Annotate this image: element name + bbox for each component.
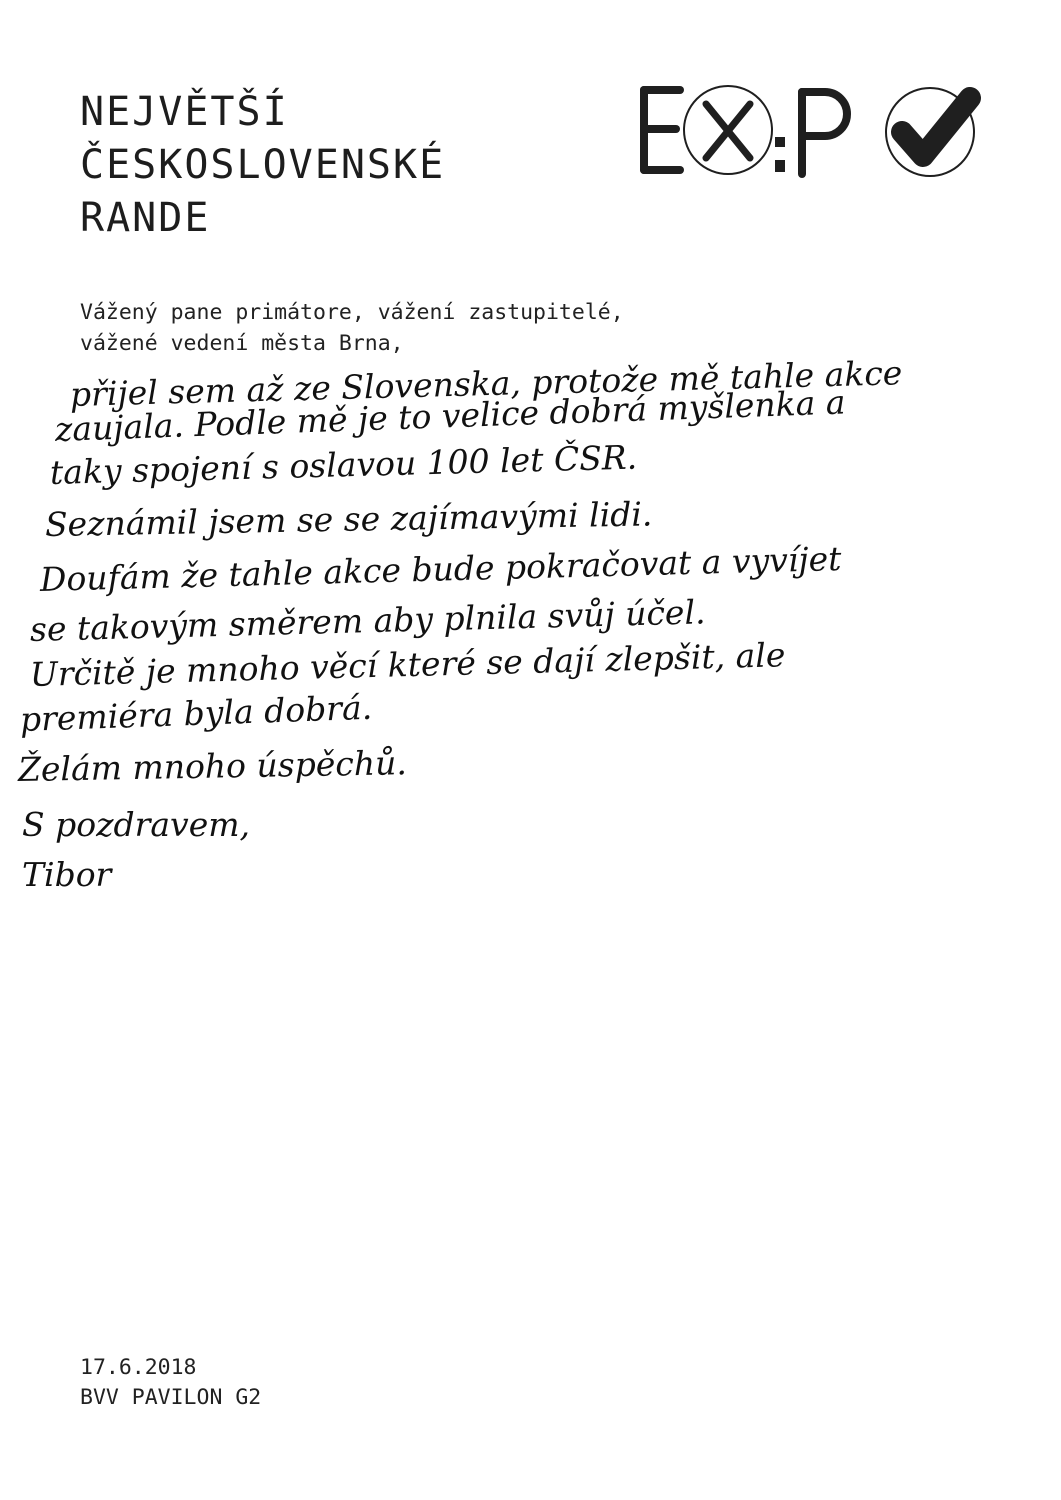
handwritten-line: S pozdravem, — [22, 805, 250, 844]
event-location: BVV PAVILON G2 — [80, 1383, 261, 1413]
handwritten-signature: Tibor — [22, 855, 111, 894]
logo-x-circle-icon — [684, 86, 772, 174]
handwritten-line: Želám mnoho úspěchů. — [18, 743, 407, 789]
title-line-1: NEJVĚTŠÍ — [80, 86, 445, 139]
event-date: 17.6.2018 — [80, 1353, 261, 1383]
title-line-2: ČESKOSLOVENSKÉ — [80, 139, 445, 192]
handwritten-line: Seznámil jsem se se zajímavými lidi. — [45, 494, 653, 544]
logo-check-circle-icon — [886, 88, 974, 176]
event-title: NEJVĚTŠÍ ČESKOSLOVENSKÉ RANDE — [80, 86, 445, 245]
salutation-line-2: vážené vedení města Brna, — [80, 328, 624, 359]
title-line-3: RANDE — [80, 192, 445, 245]
expo-logo — [640, 82, 985, 182]
salutation: Vážený pane primátore, vážení zastupitel… — [80, 297, 624, 359]
logo-letter-p-icon — [802, 92, 847, 174]
footer: 17.6.2018 BVV PAVILON G2 — [80, 1353, 261, 1413]
logo-dot-icon — [775, 160, 785, 172]
salutation-line-1: Vážený pane primátore, vážení zastupitel… — [80, 297, 624, 328]
logo-letter-e-icon — [644, 90, 680, 170]
handwritten-line: premiéra byla dobrá. — [19, 688, 372, 739]
handwritten-line: Doufám že tahle akce bude pokračovat a v… — [39, 539, 841, 599]
letter-page: NEJVĚTŠÍ ČESKOSLOVENSKÉ RANDE — [0, 0, 1061, 1500]
